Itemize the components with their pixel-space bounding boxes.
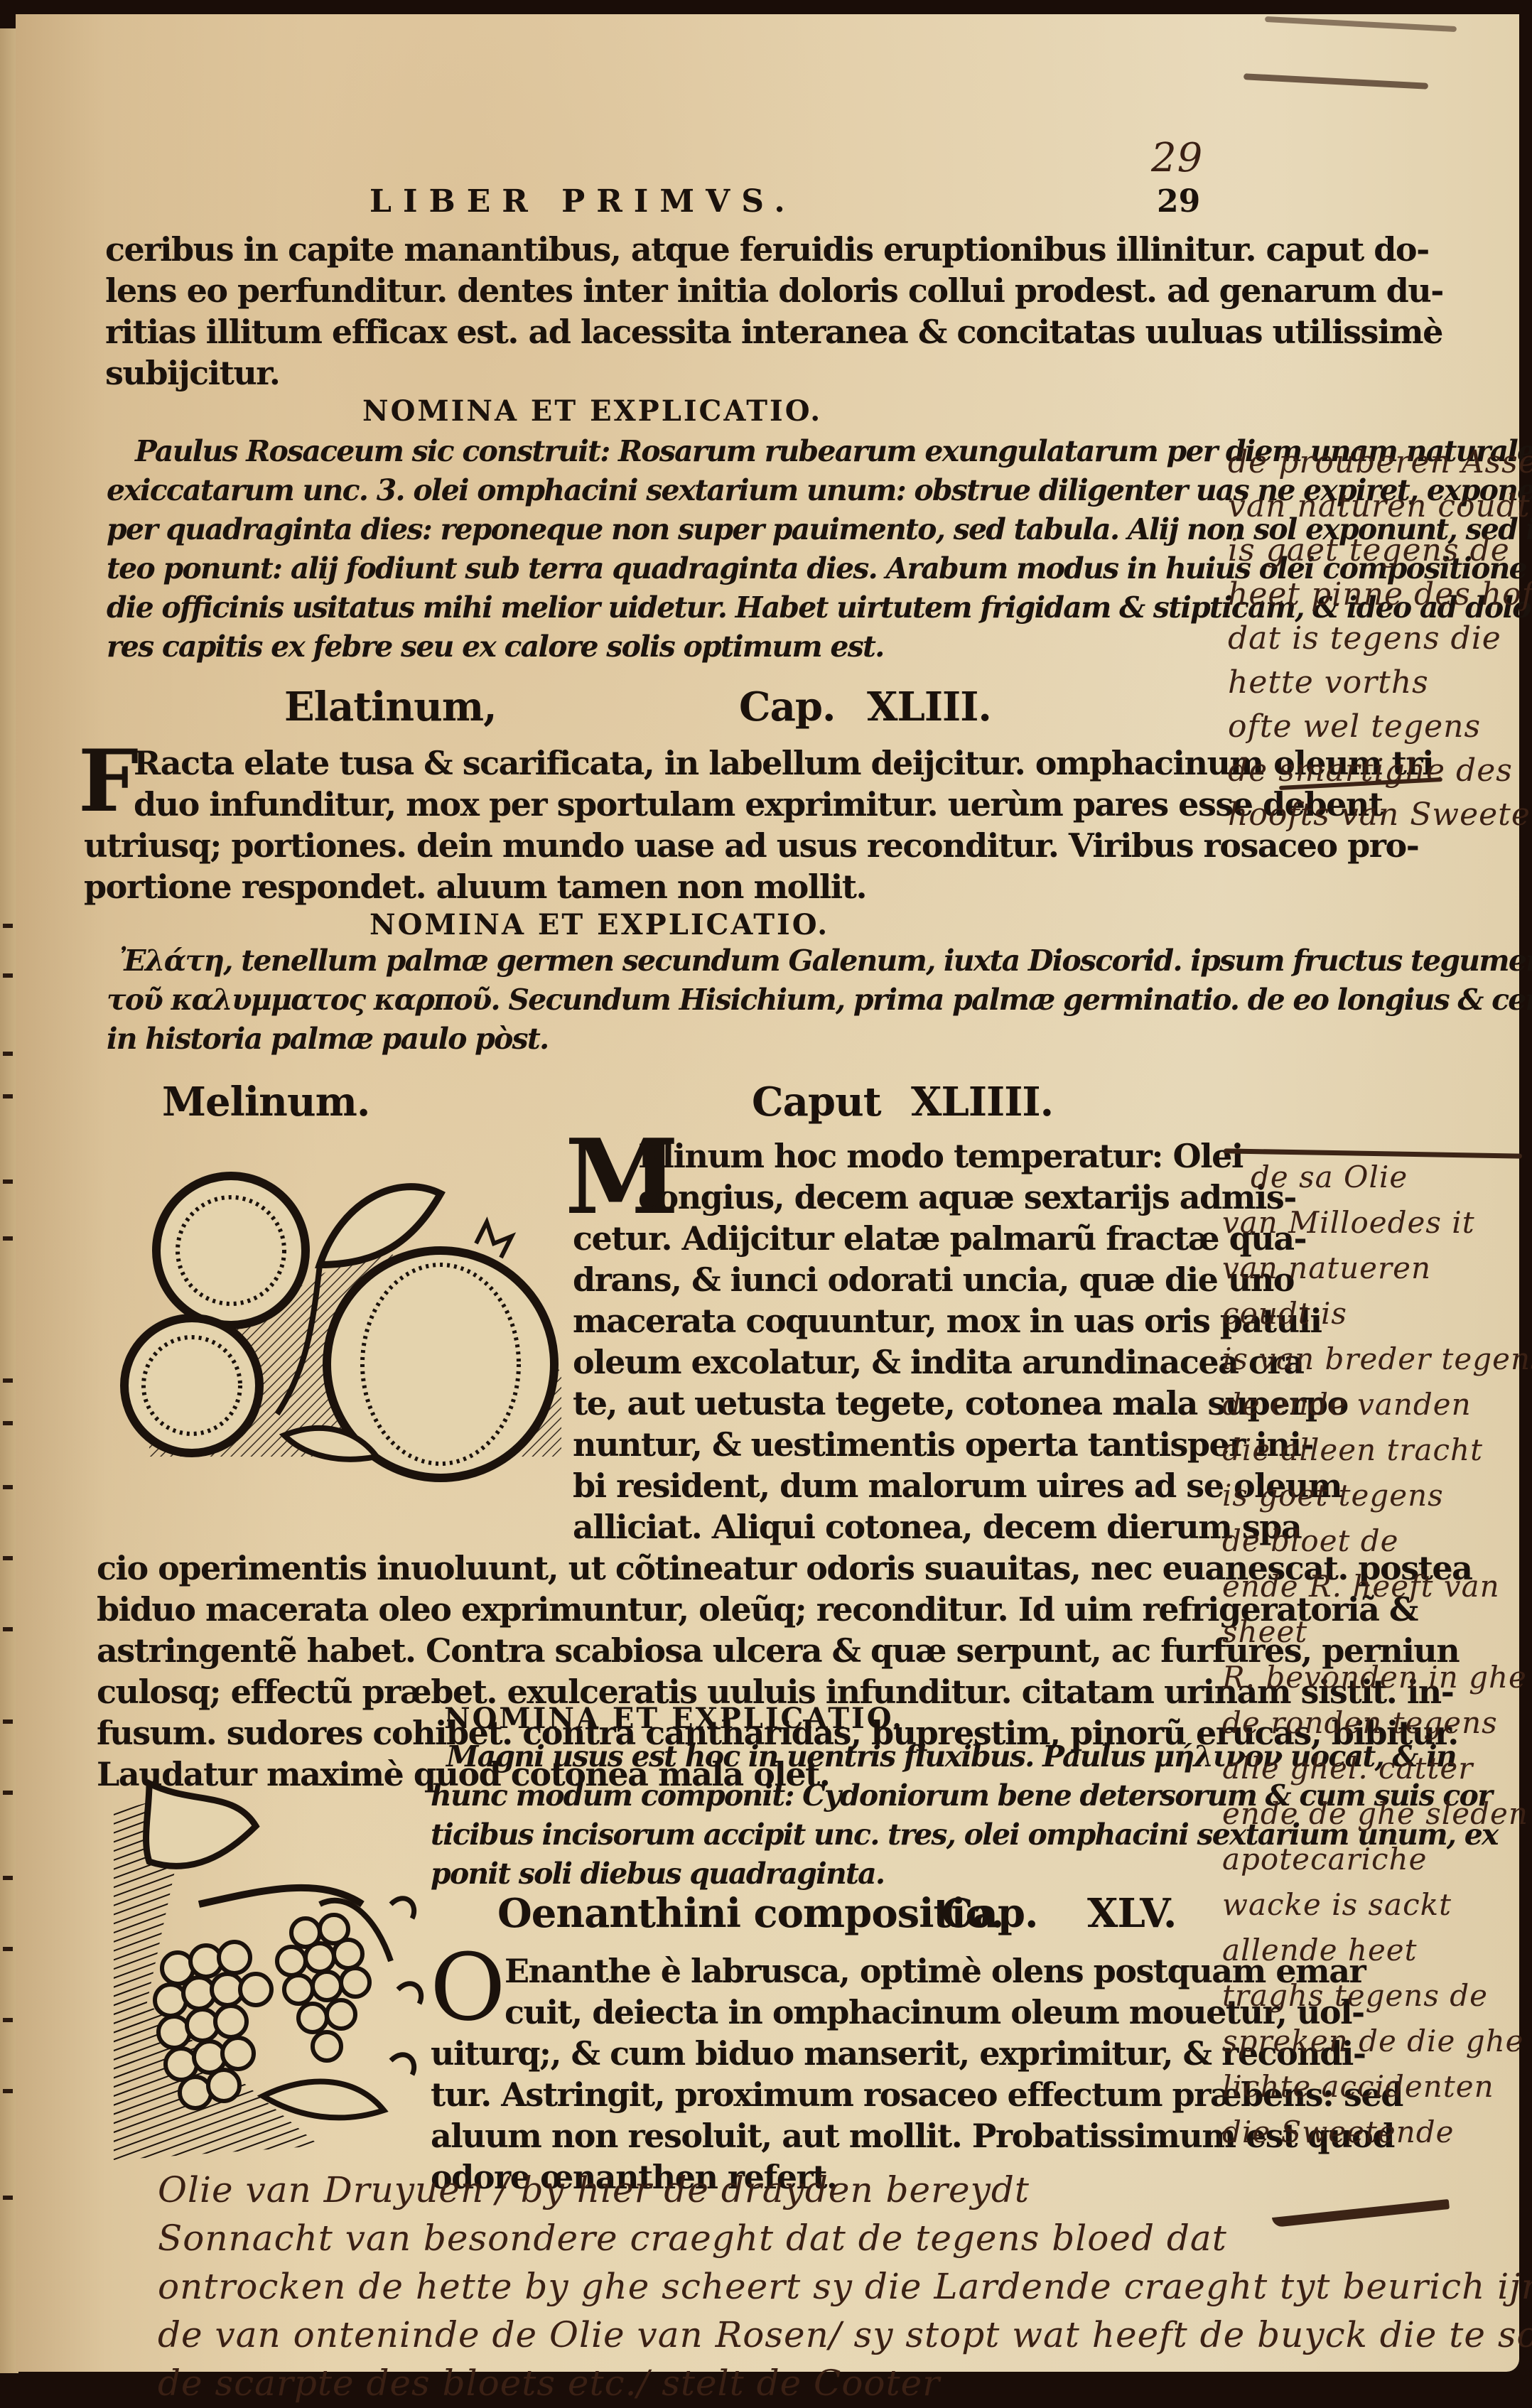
text-line: in historia palmæ paulo pòst. <box>107 1020 1532 1059</box>
handwritten-line: ofte wel tegens <box>1228 705 1532 749</box>
text-line: τοῦ καλυμματος καρποῦ. Secundum Hisichiu… <box>107 981 1532 1020</box>
continuation-paragraph: ceribus in capite manantibus, atque feru… <box>105 229 1443 394</box>
text-line: lens eo perfunditur. dentes inter initia… <box>105 270 1443 311</box>
handwritten-line: ontrocken de hette by ghe scheert sy die… <box>158 2262 1532 2311</box>
handwritten-line: die Sweetende <box>1222 2110 1532 2155</box>
handwritten-line: is gaet tegens de <box>1228 529 1532 573</box>
handwritten-line: alle ghel. catter <box>1222 1746 1532 1791</box>
chapter-paragraph-cont: utriusq; portiones. dein mundo uase ad u… <box>84 825 1418 907</box>
handwritten-line: heet pinne des hofts <box>1228 573 1532 617</box>
handwritten-line: traghs tegens de <box>1222 1973 1532 2019</box>
text-line: portione respondet. aluum tamen non moll… <box>84 866 1418 907</box>
handwritten-line: de sa Olie <box>1222 1155 1532 1200</box>
handwritten-line: de smartighe des <box>1228 749 1532 793</box>
handwritten-line: is van breder tegens <box>1222 1337 1532 1382</box>
marginal-note-bottom: Olie van Druyuen / by hier de drayden be… <box>158 2166 1532 2407</box>
handwritten-line: Olie van Druyuen / by hier de drayden be… <box>158 2166 1532 2214</box>
handwritten-line: allende heet <box>1222 1928 1532 1973</box>
text-line: congius, decem aquæ sextarijs admis- <box>638 1177 1296 1218</box>
handwritten-line: de ronden tegens <box>1222 1700 1532 1746</box>
chapter-paragraph-narrow: Elinum hoc modo temperatur: Olei congius… <box>638 1135 1296 1218</box>
quince-woodcut-illustration <box>107 1158 568 1485</box>
chapter-title: Elatinum, <box>284 684 497 730</box>
handwritten-folio-number: 29 <box>1151 135 1203 181</box>
handwritten-line: van Milloedes it <box>1222 1200 1532 1246</box>
handwritten-line: van natueren <box>1222 1246 1532 1291</box>
handwritten-line: hoofts van Sweete <box>1228 793 1532 837</box>
text-line: Ἐλάτη, tenellum palmæ germen secundum Ga… <box>107 941 1532 981</box>
marginal-note-upper: de prouberen Asse van naturen coudt is g… <box>1228 441 1532 837</box>
chapter-number: XLIIII. <box>911 1079 1053 1125</box>
running-head: LIBER PRIMVS. <box>369 183 797 220</box>
section-heading: NOMINA ET EXPLICATIO. <box>362 394 822 428</box>
section-heading: NOMINA ET EXPLICATIO. <box>444 1702 904 1735</box>
handwritten-line: Sonnacht van besondere craeght dat de te… <box>158 2214 1532 2262</box>
chapter-cap-label: Caput <box>752 1079 881 1125</box>
handwritten-line: de ende vanden <box>1222 1382 1532 1427</box>
handwritten-line: hette vorths <box>1228 661 1532 705</box>
handwritten-line: de van onteninde de Olie van Rosen/ sy s… <box>158 2311 1532 2359</box>
handwritten-line: sheet <box>1222 1609 1532 1655</box>
text-line: ritias illitum efficax est. ad lacessita… <box>105 311 1443 352</box>
handwritten-line: apotecariche <box>1222 1837 1532 1882</box>
handwritten-line: de bloet de <box>1222 1518 1532 1564</box>
text-line: ceribus in capite manantibus, atque feru… <box>105 229 1443 270</box>
chapter-cap-label: Cap. <box>942 1890 1038 1937</box>
grape-woodcut-illustration <box>107 1762 448 2167</box>
marginal-note-lower: de sa Olie van Milloedes it van natueren… <box>1222 1155 1532 2155</box>
handwritten-line: wacke is sackt <box>1222 1882 1532 1928</box>
text-line: utriusq; portiones. dein mundo uase ad u… <box>84 825 1418 866</box>
handwritten-line: van naturen coudt <box>1228 485 1532 529</box>
handwritten-line: ende de ghe sleden <box>1222 1791 1532 1837</box>
drop-capital: F <box>78 739 139 824</box>
handwritten-line: is goet tegens <box>1222 1473 1532 1518</box>
handwritten-line: die alleen tracht <box>1222 1427 1532 1473</box>
section-heading: NOMINA ET EXPLICATIO. <box>369 908 829 941</box>
handwritten-line: lichte accidenten <box>1222 2064 1532 2110</box>
text-line: subijcitur. <box>105 352 1443 394</box>
explication-paragraph: Ἐλάτη, tenellum palmæ germen secundum Ga… <box>107 941 1532 1059</box>
handwritten-line: de scarpte des bloets etc./ stelt de Coo… <box>158 2359 1532 2407</box>
printed-folio-number: 29 <box>1157 183 1200 220</box>
handwritten-line: dat is tegens die <box>1228 617 1532 661</box>
chapter-title: Oenanthini compositio. <box>497 1890 1003 1937</box>
chapter-title: Melinum. <box>162 1079 369 1125</box>
handwritten-line: ende R. heeft van <box>1222 1564 1532 1609</box>
handwritten-line: spreken de die ghe <box>1222 2019 1532 2064</box>
handwritten-line: de prouberen Asse <box>1228 441 1532 485</box>
chapter-number: XLV. <box>1087 1890 1176 1937</box>
drop-capital: O <box>430 1941 506 2034</box>
text-line: Elinum hoc modo temperatur: Olei <box>638 1135 1296 1177</box>
chapter-cap-label: Cap. <box>739 684 836 730</box>
chapter-number: XLIII. <box>867 684 991 730</box>
handwritten-line: coudt is <box>1222 1291 1532 1337</box>
handwritten-line: R. bevonden in ghe <box>1222 1655 1532 1700</box>
